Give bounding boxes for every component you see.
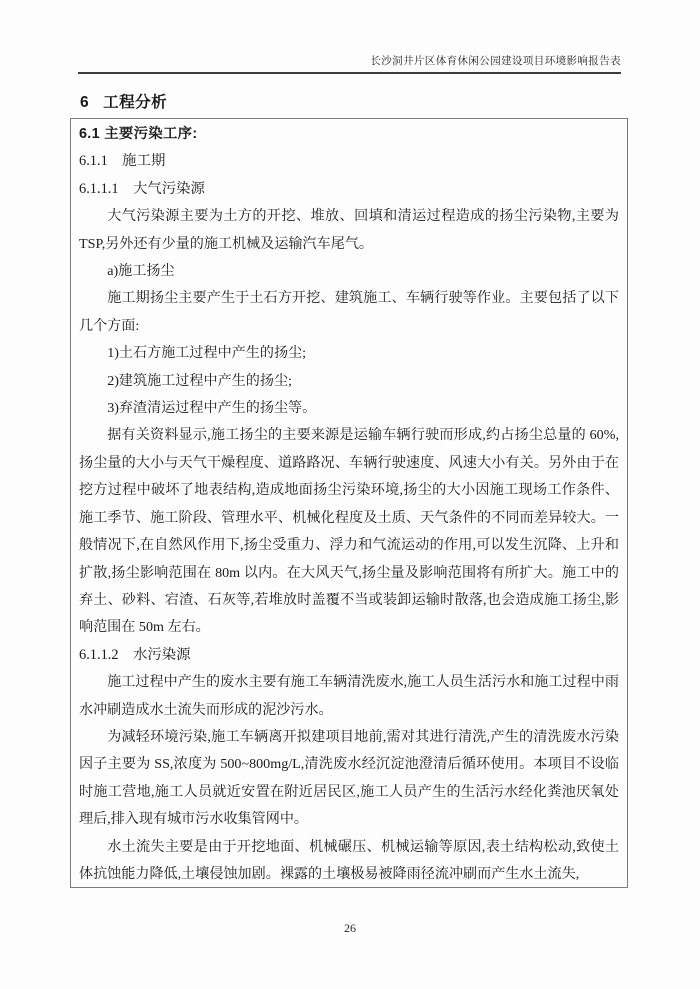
paragraph-soil-erosion: 水土流失主要是由于开挖地面、机械碾压、机械运输等原因,表土结构松动,致使土体抗蚀… xyxy=(79,834,619,888)
subsection-heading-6-1-1-2: 6.1.1.2 水污染源 xyxy=(79,642,619,669)
page-number: 26 xyxy=(0,921,700,936)
paragraph-wastewater-treatment: 为减轻环境污染,施工车辆离开拟建项目地前,需对其进行清洗,产生的清洗废水污染因子… xyxy=(79,724,619,834)
paragraph-item-a-construction-dust: a)施工扬尘 xyxy=(79,258,619,285)
section-number: 6 xyxy=(80,94,89,111)
subsection-heading-6-1-1: 6.1.1 施工期 xyxy=(79,148,619,175)
running-header: 长沙洞井片区体育休闲公园建设项目环境影响报告表 xyxy=(78,54,621,74)
content-box: 6.1 主要污染工序:6.1.1 施工期6.1.1.1 大气污染源大气污染源主要… xyxy=(70,118,628,888)
paragraph-dust-sources-intro: 施工期扬尘主要产生于土石方开挖、建筑施工、车辆行驶等作业。主要包括了以下几个方面… xyxy=(79,285,619,340)
paragraph-wastewater-intro: 施工过程中产生的废水主要有施工车辆清洗废水,施工人员生活污水和施工过程中雨水冲刷… xyxy=(79,669,619,724)
paragraph-list-item-2: 2)建筑施工过程中产生的扬尘; xyxy=(79,368,619,395)
paragraph-air-pollution-intro: 大气污染源主要为土方的开挖、堆放、回填和清运过程造成的扬尘污染物,主要为 TSP… xyxy=(79,203,619,258)
subsection-heading-6-1-1-1: 6.1.1.1 大气污染源 xyxy=(79,176,619,203)
header-rule xyxy=(78,72,621,74)
paragraph-list-item-1: 1)土石方施工过程中产生的扬尘; xyxy=(79,340,619,367)
running-header-title: 长沙洞井片区体育休闲公园建设项目环境影响报告表 xyxy=(78,54,621,69)
section-heading: 6工程分析 xyxy=(80,90,167,112)
section-title: 工程分析 xyxy=(103,94,167,111)
paragraph-dust-analysis: 据有关资料显示,施工扬尘的主要来源是运输车辆行驶而形成,约占扬尘总量的 60%,… xyxy=(79,422,619,641)
paragraph-list-item-3: 3)弃渣清运过程中产生的扬尘等。 xyxy=(79,395,619,422)
document-page: 长沙洞井片区体育休闲公园建设项目环境影响报告表 6工程分析 6.1 主要污染工序… xyxy=(0,0,700,989)
subsection-heading-6-1: 6.1 主要污染工序: xyxy=(79,121,619,148)
